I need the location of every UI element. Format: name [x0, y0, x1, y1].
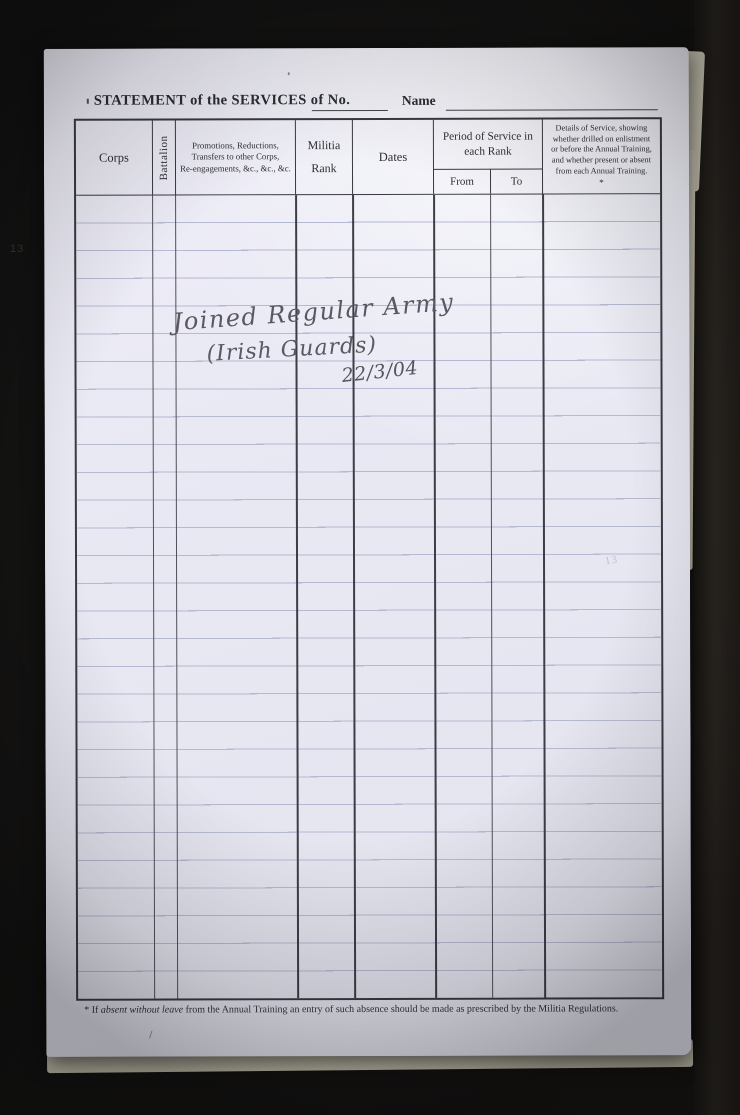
to-column-header: To	[491, 170, 542, 194]
column-divider	[490, 195, 493, 998]
from-column-header: From	[434, 170, 491, 194]
faint-page-mark: 13	[604, 553, 619, 567]
scanned-form-page: STATEMENT of the SERVICES of No. Name Co…	[44, 47, 692, 1057]
book-spine-edge	[694, 0, 740, 1115]
details-line: Details of Service, showing	[556, 123, 648, 134]
name-label: Name	[402, 93, 436, 109]
period-of-service-column-header: Period of Service in each Rank From To	[434, 120, 543, 194]
form-footnote: * If absent without leave from the Annua…	[84, 1003, 670, 1016]
militia-line: Militia	[308, 139, 341, 152]
column-divider	[152, 196, 155, 999]
footnote-prefix: * If	[84, 1005, 101, 1016]
dates-column-header: Dates	[353, 120, 434, 194]
details-line: or before the Annual Training,	[551, 145, 652, 156]
footnote-suffix: from the Annual Training an entry of suc…	[183, 1003, 618, 1015]
details-line: from each Annual Training.	[556, 166, 648, 177]
table-header-row: Corps Battalion Promotions, Reductions, …	[76, 119, 660, 196]
details-line: and whether present or absent	[552, 155, 651, 166]
corps-column-header: Corps	[76, 121, 153, 195]
footnote-marker: *	[599, 178, 604, 190]
name-blank-line	[446, 109, 658, 111]
scan-speck	[149, 1031, 152, 1039]
promotions-line: Re-engagements, &c., &c., &c.	[180, 163, 291, 175]
details-line: whether drilled on enlistment	[553, 134, 650, 145]
details-column-header: Details of Service, showing whether dril…	[543, 119, 660, 193]
battalion-label: Battalion	[158, 135, 170, 180]
promotions-line: Promotions, Reductions,	[192, 140, 279, 152]
backdrop-archive-mark: 13	[10, 243, 24, 255]
period-line: each Rank	[464, 144, 511, 158]
militia-rank-column-header: Militia Rank	[296, 120, 353, 194]
form-title: STATEMENT of the SERVICES of No.	[94, 92, 350, 110]
rank-line: Rank	[311, 162, 336, 175]
scan-speck	[87, 99, 89, 104]
period-line: Period of Service in	[443, 130, 533, 144]
period-header-label: Period of Service in each Rank	[434, 120, 542, 170]
battalion-column-header: Battalion	[153, 121, 176, 195]
column-divider	[542, 195, 546, 998]
footnote-italic-phrase: absent without leave	[101, 1004, 183, 1015]
promotions-line: Transfers to other Corps,	[192, 152, 280, 164]
services-table: Corps Battalion Promotions, Reductions, …	[74, 117, 664, 1001]
number-blank-line	[312, 110, 388, 111]
period-subheader-row: From To	[434, 170, 542, 194]
scan-speck	[288, 72, 290, 75]
promotions-column-header: Promotions, Reductions, Transfers to oth…	[176, 120, 296, 194]
